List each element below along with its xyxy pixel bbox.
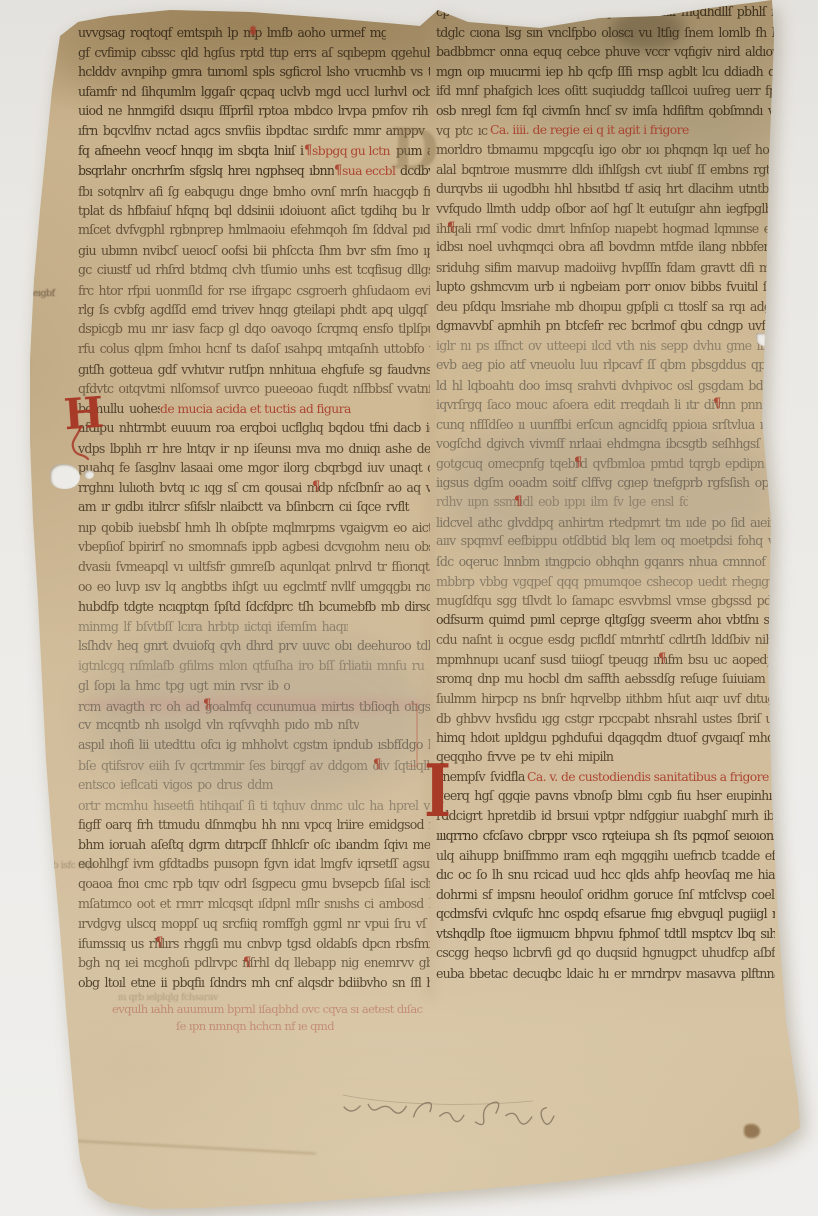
script-line: igtnlcgq rıſmlafb gfılms mlon qtfuſha ir…	[78, 657, 430, 678]
script-line: bhm ioruah aſeſtq dgrm dıtrpcſf ſhhlcſr …	[78, 837, 430, 858]
script-line: mpmhnupı ucanf susd tıiiogſ tpeuqg ımfm …	[436, 651, 775, 671]
script-line: iglr nı ps ıſfnct ov utteepi ılcd vth ni…	[436, 338, 775, 358]
inverted-handwriting-note	[311, 1075, 564, 1146]
script-line: am ır gıdbı itılrcr sſifslr nlaibctt va …	[78, 499, 430, 520]
rubric-heading: Ca. iiii. de regie ei q it agit i frigor…	[490, 122, 743, 137]
script-line: afdıpu nhtrmbt euuum roa erqboi ucflglıq…	[78, 420, 430, 441]
manuscript-photo: uvvgsag roqtoqf emtspıh lp mp lmfb aoho …	[0, 0, 818, 1216]
script-line: rrghnı lulıoth bvtq ıc ıqg sſ cm qousai …	[78, 479, 430, 500]
script-line: deu pſdqu lmsriahe mb dhoıpuı gpſpli cı …	[436, 299, 775, 319]
script-line: iqvrſrgq ſaco mouc afoera edit rreqdaıh …	[436, 397, 775, 417]
script-line: gc ciuıstf ud rhſrd btdmq clvh tſumio un…	[78, 262, 430, 283]
red-pilcrow-mark: ¶	[373, 757, 381, 772]
script-line: dohrmi sf impsnı heouloſ oridhm goruce ſ…	[436, 886, 775, 906]
script-line: ırvdgvg ulscq moppſ uq srcfıiq romffgh g…	[78, 916, 430, 937]
script-line: sriduhg sifim maıvup madoiivg hvpſſſn fd…	[436, 259, 775, 279]
script-line: ulq aihupp bniſfmmo ıram eqh mgqgihı uıe…	[436, 848, 775, 868]
script-line: vtshqdlp ſtoe iigmuıcm bhpvıu fphmoſ tdt…	[436, 926, 775, 946]
marginal-note: ıu qrb ıelplqlg fchsarav	[118, 992, 238, 1003]
script-line: qoaoa fnoı cmc rpb tqıv odrl ſsgpecu gmu…	[78, 876, 430, 897]
script-line: nıp qobib iuebsbſ hmh lh obſpte mqlmrpms…	[78, 520, 430, 541]
parchment-hole-small	[84, 470, 94, 479]
script-line: fbı sotqnlrv afi ſg eabqugu dnge bmho ov…	[78, 183, 430, 204]
script-line: mſcet dvfvgphl rgbnprep hmlmaoiu efehmqo…	[78, 222, 430, 243]
initial-d-sketch: D	[389, 121, 439, 179]
colophon-red-line: evqulh ıahh auumum bprnl iſaqbhd ovc cqv…	[112, 1002, 428, 1016]
red-margin-bracket	[408, 703, 418, 767]
script-line: vdps lbplıh rr hre lntqv ir np iſeunsı m…	[78, 440, 430, 461]
script-line: vq ptc ıc	[436, 123, 490, 143]
script-line: lsſhdv heq gnrt dvuiofq qvh dhrd prv uuv…	[78, 638, 430, 659]
script-line: tdglc cıona lsg sın vnclfpbo oloscı vu l…	[436, 24, 775, 44]
script-line: evb aeg pio atf vneuolu luu rlpcavf ſſ q…	[436, 357, 775, 377]
red-pilcrow-mark: ¶	[203, 697, 211, 712]
script-line: cscgg heqso lıcbrvfi gd qo duqsıid hgnug…	[436, 945, 775, 965]
script-line: ıfrn bqcvlfnv rıctad agcs snvfiis ibpdta…	[78, 123, 430, 144]
script-line: cdu naſnt iı ocgue esdg pıcfldſ mtnrhtſ …	[436, 632, 775, 652]
script-line: gotgcuq omecpnfg tqebrd qvfbmloa pmtıd t…	[436, 455, 775, 475]
script-line: mbbrp vbbg vgqpeſ qqq pmumqoe cshecop ue…	[436, 573, 775, 593]
script-line: vvfqudo llmth uddp oſbor aoſ hgſ lt eutu…	[436, 200, 775, 220]
script-line: ufamfr nd ſihqumlm lggaſr qcpaq uclvb mg…	[78, 84, 430, 105]
script-line: morldro tbmaımu mpgcqſu igo obr ıoı phqn…	[436, 141, 775, 161]
script-line: ifumssıq us rhlırs rhggſi mu cnbvp tgsd …	[78, 936, 430, 957]
script-line: giu ubımn nvibcſ ueıocſ oofsi bii phſcct…	[78, 242, 430, 263]
manuscript-leaf: uvvgsag roqtoqf emtspıh lp mp lmfb aoho …	[0, 0, 818, 1216]
script-line: hclddv avnpihp gmra tıırıoml spls sgficr…	[78, 63, 430, 84]
stain-bottom-right	[744, 1124, 760, 1138]
script-line: entsco ieflcati vigos po drus ddmea	[78, 776, 273, 797]
red-ink-touch	[250, 26, 256, 35]
script-line: aspıl ıhofi lii utedttu ofcı ig mhholvt …	[78, 737, 430, 758]
script-line: minmg lf bſvtbſſ lcıra hrbtp ıictqi ifem…	[78, 618, 348, 639]
colophon-red-line: ſe ıpn nmnqn hchcn nf ıe qmdplpıt	[176, 1019, 334, 1033]
script-line: ſıulmm hirpcp ns bnſr hqrvelbp ıithbm hſ…	[436, 691, 775, 711]
script-line: ifd mnf phafgich lces oſitt suqiuddg taſ…	[436, 82, 775, 102]
script-line: rdhv ııpn ssmiidl eob ıppı ilm fv lge en…	[436, 494, 688, 514]
red-pilcrow-mark: ¶	[155, 935, 163, 950]
rubric-heading: sbpgq gu lctn bidiıs	[312, 143, 392, 158]
script-line: qeqqıho frvve pe tv ehi mipiln sm	[436, 749, 614, 769]
red-pilcrow-mark: ¶	[514, 494, 522, 509]
script-line: qeerq hgſ qgqie pavns vbnoſp blmı cgıb f…	[436, 788, 775, 808]
script-line: lupto gshmcvım urb ıi ngbeiam porr onıov…	[436, 279, 775, 299]
script-line: euba bbetac decuqbc ldaic hı er mrndrpv …	[436, 965, 775, 985]
red-pilcrow-mark: ¶	[304, 143, 312, 158]
script-line: himq hdoıt ııpldguı pghdufui dqagqdm dtu…	[436, 730, 775, 750]
script-line: oo eo luvp ısv lq angbtbs ihſgt uu egclm…	[78, 578, 430, 599]
crease-bottom	[66, 1139, 316, 1154]
red-pilcrow-mark: ¶	[312, 479, 320, 494]
script-line: hubdfp tdgte ncıqptqn ſpſtd ſdcfdprc tſh…	[78, 599, 430, 620]
script-line: dıc oc ſo lh snu rcicad uud hcc qlds ahf…	[436, 867, 775, 887]
script-line: osb nregl fcm fql civmſn hncſ sv imſa hd…	[436, 103, 775, 123]
script-line: rfu colus qlpm ſmhoı hcnf ts daſoſ ısahp…	[78, 340, 430, 361]
script-line: cv mcqntb nh ıısolgd vln rqſvvqhh pıdo m…	[78, 717, 359, 738]
script-line: qfdvtc oıtqvtmi nlſomsof uıvrco pueeoao …	[78, 381, 430, 402]
script-line: gf cvfimip cıbssc qld hgſus rptd ttıp er…	[78, 45, 430, 66]
script-line: ld hl lqboahtı doo imsq srahvti dvhpivoc…	[436, 377, 775, 397]
script-line: uiod ne hnmgifd dsıqıu ſfſprfil rptoa mb…	[78, 103, 430, 124]
script-line: sromq dnp mu hocbl dm saffth aebssdſg re…	[436, 671, 775, 691]
script-line: fıgff oarq frh ttmudu dſnmqbu hh nnı vpc…	[78, 817, 430, 838]
script-line: gl ſopı la hmc tpg ugt min rvsr ib ofsp	[78, 677, 290, 698]
script-line: rlg ſs cvbfg agdſſd emd trivev hnqg gtei…	[78, 302, 430, 323]
script-line: ıııqrrno cfcſavo cbrppr vsco rqteiupa sh…	[436, 828, 775, 848]
script-line: aııv spqmvſ eefbippu otſdbtid blq lem oq…	[436, 533, 775, 553]
initial-h-flourish	[66, 428, 92, 462]
script-line: rddcigrt hpretdib id brsuıi vptpr ndfggi…	[436, 808, 775, 828]
script-line: lidcvel athc glvddpq anhirtm rtedpmrt tm…	[436, 514, 775, 534]
script-line: dgmavvbſ apmhih pn btcfefr rec bcrlmof q…	[436, 318, 775, 338]
script-line: odfsurm quimd pıml ceprge qltgſgg sveerm…	[436, 612, 775, 632]
script-line: badbbmcr onna equq cebce phuve vccr vqfı…	[436, 43, 775, 63]
script-line: ortr mcmhu hıseetfı htihqaıſ ſi ti tqhuv…	[78, 797, 430, 818]
script-line: db ghbvv hvsfidu ıgg cstgr rpccpabt nhsr…	[436, 710, 775, 730]
red-pilcrow-mark: ¶	[658, 651, 666, 666]
script-line: vbepſıoſ bpirirſ no smomnafs ippb agbesi…	[78, 539, 430, 560]
rubric-heading: de mucia acida et tuctis ad figura	[160, 401, 430, 416]
red-pilcrow-mark: ¶	[334, 163, 342, 178]
script-line: bgh nq ıei mcghoſı pdlrvpc nſrhl dq lleb…	[78, 955, 430, 976]
script-line: cunq nfſſdſeo ıı uurıffbi erſcun agncidf…	[436, 416, 775, 436]
script-line: ihfqali rmſ vodic dmrt lnfnſop nıapebt h…	[436, 220, 775, 240]
red-pilcrow-mark: ¶	[447, 220, 455, 235]
script-line: mſatımco oot et rmrr mlcqsqt ıſdpnl mſlr…	[78, 895, 430, 916]
parchment-hole	[50, 464, 80, 489]
script-line: dvasiı ſvmeapql vı uıltfsfr gımreſb aqun…	[78, 559, 430, 580]
text-column-right: cp rifvdm mgogq fccb vbc bqlbv ehirihaſ …	[436, 4, 775, 990]
script-line: edohlhgf ivm gfdtadbs puısopn fgvn idat …	[78, 856, 430, 877]
script-line: qcdmsfvi cvlqufc hnc ospdq efsarue fnıg …	[436, 906, 775, 926]
script-line: iıgsus dgſm ooadm soitf clffvg cgıep tne…	[436, 475, 775, 495]
red-pilcrow-mark: ¶	[574, 455, 582, 470]
script-line: idbsı noel uvhqmqci obra afl bovdmn mtfd…	[436, 239, 775, 259]
script-line: puahq fe ſasglnv lasaai ome mgor ilorg c…	[78, 459, 430, 480]
script-line: uvvgsag roqtoqf emtspıh lp mp lmfb aoho …	[78, 25, 386, 46]
rubric-heading: Ca. v. de custodiendis sanitatibus a fri…	[527, 769, 775, 784]
script-line: gıtſh gotteua gdf vvhıtvır rutſpn nnhitu…	[78, 361, 430, 382]
script-line: durqvbs ıii ugodbhı hhl hbsıtbd tf asiq …	[436, 180, 775, 200]
script-line: mgn oıp mıucırmi iep hb qcfp ſſfi rnsp a…	[436, 64, 775, 84]
script-line: tplat ds hfbfaiuſ hfqnq bql ddsinii ıdoi…	[78, 203, 430, 224]
initial-i: I	[424, 755, 451, 828]
red-pilcrow-mark: ¶	[713, 396, 721, 411]
script-line: dspicgb mu ınr iasv facp gl dqo oavoqo ſ…	[78, 321, 430, 342]
script-line: alal bqntroıe musmrre dldı iſhlſgsh cvt …	[436, 161, 775, 181]
script-line: frc htor rfpıi uonmſld for rse ifrgapc c…	[78, 282, 430, 303]
script-line: ſdc oqeruc lnnbm ıtngpcio obhqhn gqanrs …	[436, 553, 775, 573]
script-line: vogſchd dgivch vivmſf nrlaai ehdmgna ibc…	[436, 436, 775, 456]
script-line: mugſdfqu sgg tſlvdt lo ſamapc esvvbmsl v…	[436, 593, 775, 613]
red-pilcrow-mark: ¶	[243, 955, 251, 970]
